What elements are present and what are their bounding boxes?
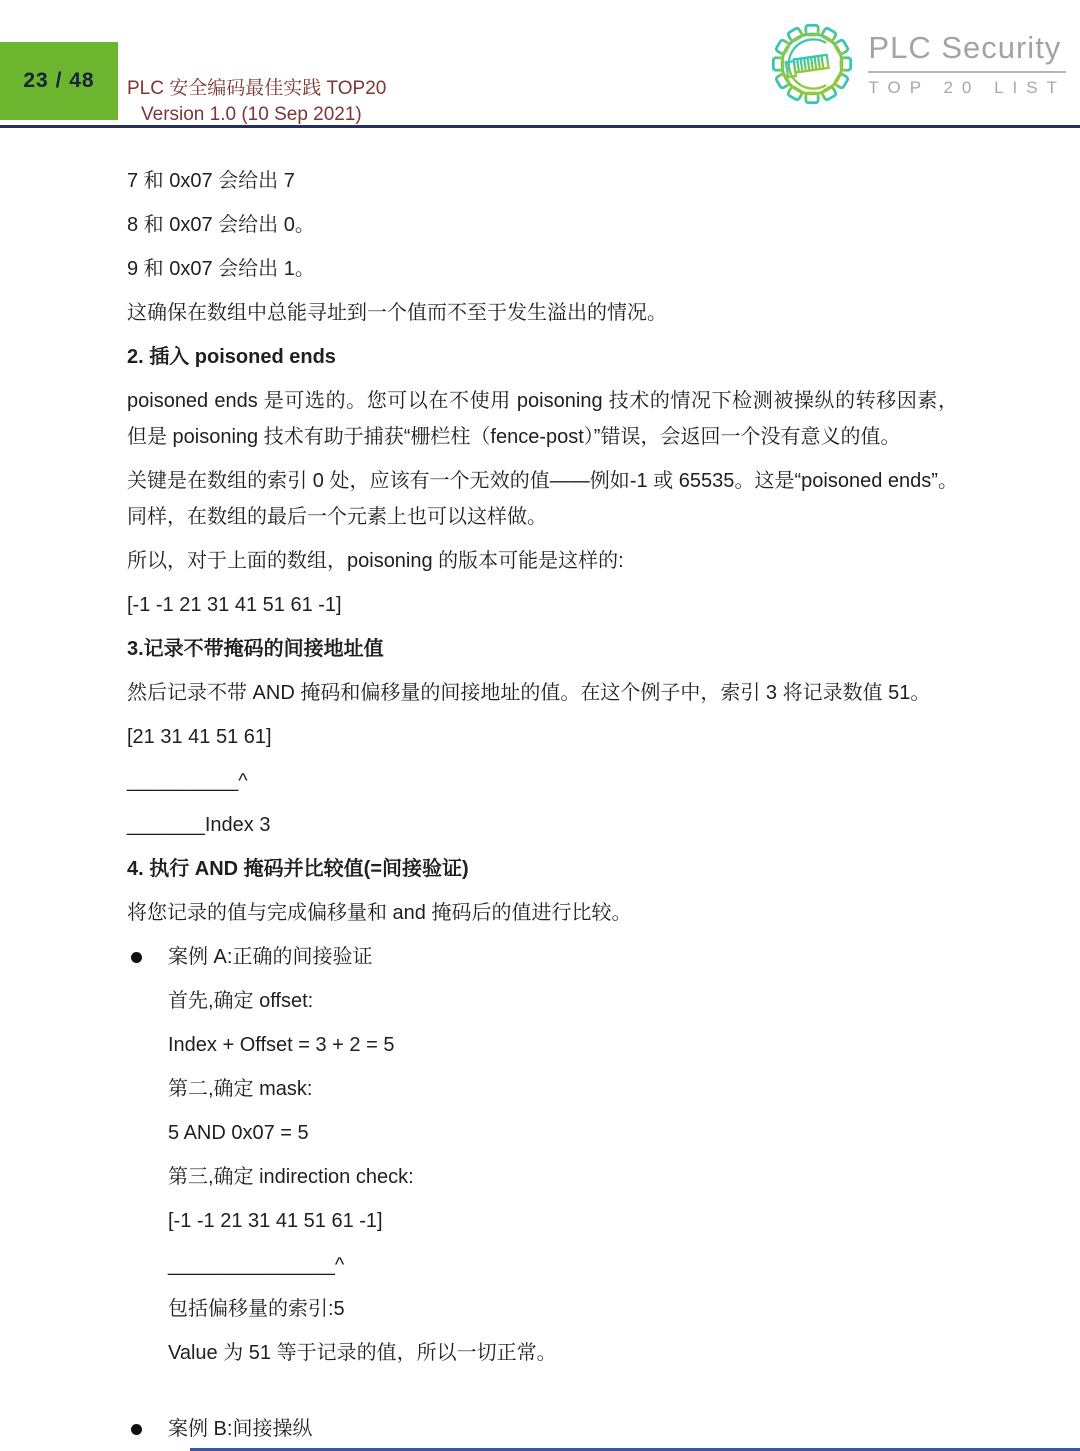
bullet-icon	[131, 1424, 142, 1435]
paragraph: 7 和 0x07 会给出 7	[127, 163, 958, 199]
logo-wordmark: PLC Security TOP 20 LIST	[868, 30, 1066, 98]
paragraph: 然后记录不带 AND 掩码和偏移量的间接地址的值。在这个例子中，索引 3 将记录…	[127, 675, 958, 711]
document-page: 23 / 48 PLC 安全编码最佳实践 TOP20 Version 1.0 (…	[0, 0, 1080, 1451]
paragraph: Value 为 51 等于记录的值，所以一切正常。	[127, 1335, 958, 1371]
paragraph: 首先,确定 offset:	[127, 983, 958, 1019]
gear-plc-icon	[768, 18, 856, 110]
bullet-icon	[131, 952, 142, 963]
paragraph: 8 和 0x07 会给出 0。	[127, 207, 958, 243]
paragraph: 第三,确定 indirection check:	[127, 1159, 958, 1195]
section-heading: 2. 插入 poisoned ends	[127, 339, 958, 375]
header-divider	[0, 125, 1080, 128]
paragraph: 9 和 0x07 会给出 1。	[127, 251, 958, 287]
bullet-item: 案例 B:间接操纵	[127, 1411, 958, 1447]
page-number-badge: 23 / 48	[0, 42, 118, 120]
index-label-line: _______Index 3	[127, 807, 958, 843]
logo-subtitle: TOP 20 LIST	[868, 78, 1066, 98]
document-title: PLC 安全编码最佳实践 TOP20	[127, 76, 386, 102]
array-literal: [-1 -1 21 31 41 51 61 -1]	[127, 1203, 958, 1239]
bullet-item: 案例 A:正确的间接验证	[127, 939, 958, 975]
paragraph: 第二,确定 mask:	[127, 1071, 958, 1107]
array-literal: [-1 -1 21 31 41 51 61 -1]	[127, 587, 958, 623]
paragraph: 包括偏移量的索引:5	[127, 1291, 958, 1327]
formula-line: 5 AND 0x07 = 5	[127, 1115, 958, 1151]
array-literal: [21 31 41 51 61]	[127, 719, 958, 755]
paragraph: 所以，对于上面的数组，poisoning 的版本可能是这样的:	[127, 543, 958, 579]
paragraph: 将您记录的值与完成偏移量和 and 掩码后的值进行比较。	[127, 895, 958, 931]
pointer-line: __________^	[127, 763, 958, 799]
bullet-text: 案例 B:间接操纵	[168, 1418, 312, 1440]
paragraph: poisoned ends 是可选的。您可以在不使用 poisoning 技术的…	[127, 383, 958, 455]
paragraph: 关键是在数组的索引 0 处，应该有一个无效的值——例如-1 或 65535。这是…	[127, 463, 958, 535]
formula-line: Index + Offset = 3 + 2 = 5	[127, 1027, 958, 1063]
paragraph: 这确保在数组中总能寻址到一个值而不至于发生溢出的情况。	[127, 295, 958, 331]
pointer-line: _______________^	[127, 1247, 958, 1283]
logo-title: PLC Security	[868, 30, 1066, 73]
page-number: 23 / 48	[23, 69, 94, 93]
document-header: PLC 安全编码最佳实践 TOP20 Version 1.0 (10 Sep 2…	[127, 76, 386, 128]
plc-security-logo: PLC Security TOP 20 LIST	[768, 18, 1066, 110]
section-heading: 4. 执行 AND 掩码并比较值(=间接验证)	[127, 851, 958, 887]
section-heading: 3.记录不带掩码的间接地址值	[127, 631, 958, 667]
bullet-text: 案例 A:正确的间接验证	[168, 946, 372, 968]
document-body: 7 和 0x07 会给出 7 8 和 0x07 会给出 0。 9 和 0x07 …	[0, 163, 1080, 1451]
